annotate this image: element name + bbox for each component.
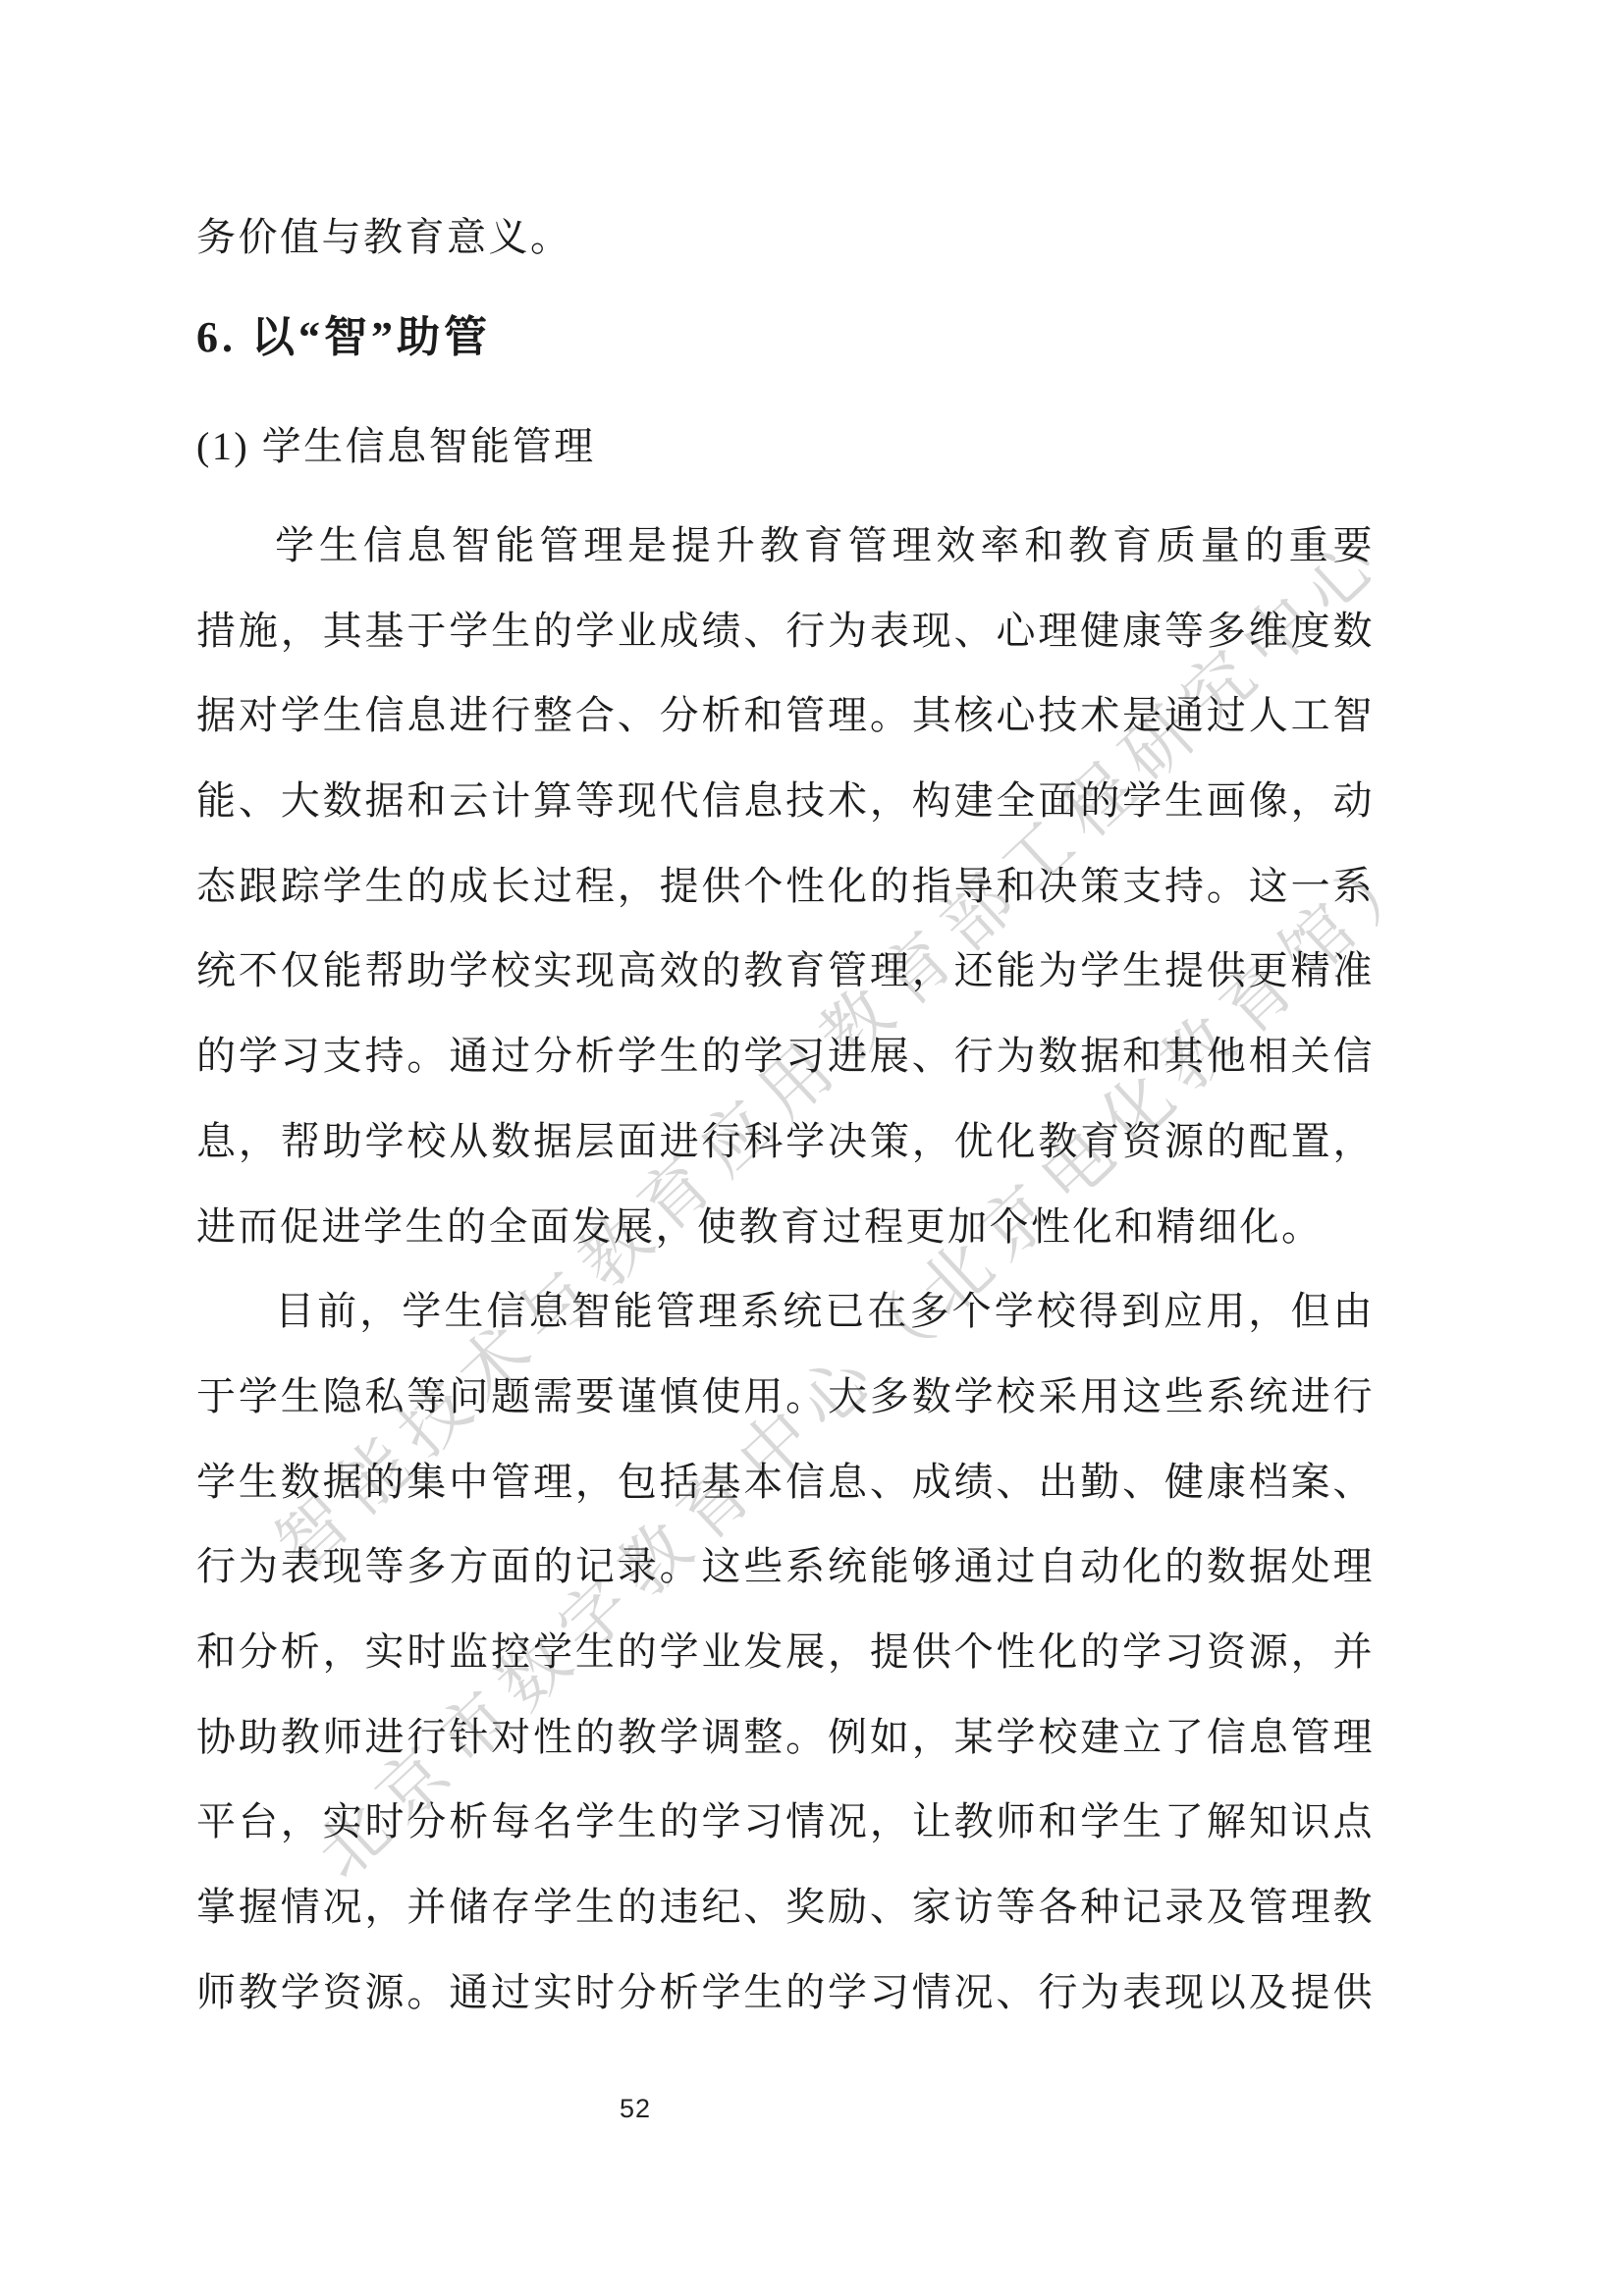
paragraph2-line: 掌握情况，并储存学生的违纪、奖励、家访等各种记录及管理教 xyxy=(196,1865,1375,1950)
paragraph2-line: 于学生隐私等问题需要谨慎使用。大多数学校采用这些系统进行 xyxy=(196,1355,1375,1440)
paragraph1-line: 统不仅能帮助学校实现高效的教育管理，还能为学生提供更精准 xyxy=(196,929,1375,1014)
paragraph1-line: 能、大数据和云计算等现代信息技术，构建全面的学生画像，动 xyxy=(196,759,1375,844)
paragraph2-line: 目前，学生信息智能管理系统已在多个学校得到应用，但由 xyxy=(196,1269,1375,1355)
paragraph1-line: 态跟踪学生的成长过程，提供个性化的指导和决策支持。这一系 xyxy=(196,844,1375,930)
paragraph1-line: 据对学生信息进行整合、分析和管理。其核心技术是通过人工智 xyxy=(196,673,1375,759)
carryover-text-line: 务价值与教育意义。 xyxy=(196,195,1375,280)
paragraph2-line: 师教学资源。通过实时分析学生的学习情况、行为表现以及提供 xyxy=(196,1950,1375,2036)
page-number: 52 xyxy=(586,2089,684,2128)
paragraph1-line: 措施，其基于学生的学业成绩、行为表现、心理健康等多维度数 xyxy=(196,589,1375,674)
body-text-block: 学生信息智能管理是提升教育管理效率和教育质量的重要 措施，其基于学生的学业成绩、… xyxy=(196,504,1375,2035)
subsection-heading: (1) 学生信息智能管理 xyxy=(196,404,1375,489)
document-page: 智能技术与教育应用教育部工程研究中心 北京市数字教育中心（北京电化教育馆） 务价… xyxy=(0,0,1623,2296)
section-heading: 6. 以“智”助管 xyxy=(196,295,1375,380)
paragraph2-line: 学生数据的集中管理，包括基本信息、成绩、出勤、健康档案、 xyxy=(196,1440,1375,1525)
paragraph2-line: 和分析，实时监控学生的学业发展，提供个性化的学习资源，并 xyxy=(196,1610,1375,1695)
paragraph1-line: 的学习支持。通过分析学生的学习进展、行为数据和其他相关信 xyxy=(196,1014,1375,1099)
paragraph2-line: 平台，实时分析每名学生的学习情况，让教师和学生了解知识点 xyxy=(196,1780,1375,1865)
paragraph1-line: 学生信息智能管理是提升教育管理效率和教育质量的重要 xyxy=(196,504,1375,589)
paragraph2-line: 协助教师进行针对性的教学调整。例如，某学校建立了信息管理 xyxy=(196,1695,1375,1781)
paragraph1-line: 进而促进学生的全面发展，使教育过程更加个性化和精细化。 xyxy=(196,1185,1375,1270)
paragraph1-line: 息，帮助学校从数据层面进行科学决策，优化教育资源的配置， xyxy=(196,1099,1375,1185)
paragraph2-line: 行为表现等多方面的记录。这些系统能够通过自动化的数据处理 xyxy=(196,1524,1375,1610)
